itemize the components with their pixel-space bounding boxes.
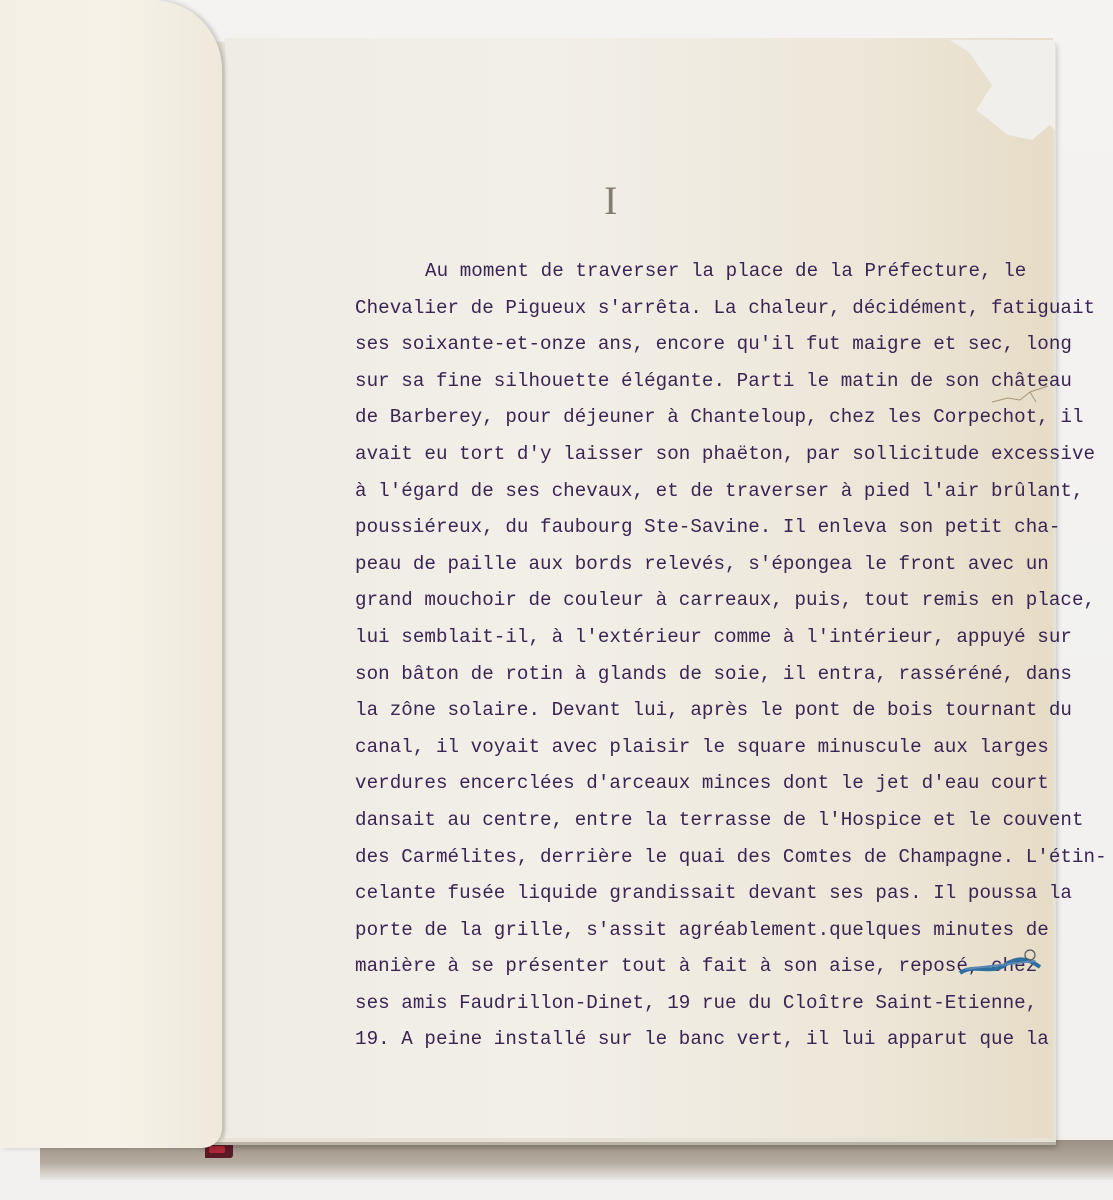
text-line: 19. A peine installé sur le banc vert, i… bbox=[355, 1021, 1107, 1058]
text-line: verdures encerclées d'arceaux minces don… bbox=[355, 765, 1107, 802]
text-line: ses soixante-et-onze ans, encore qu'il f… bbox=[355, 326, 1107, 363]
chapter-heading: I bbox=[604, 177, 617, 224]
text-line: grand mouchoir de couleur à carreaux, pu… bbox=[355, 582, 1107, 619]
text-line: Au moment de traverser la place de la Pr… bbox=[355, 253, 1107, 290]
text-line: sur sa fine silhouette élégante. Parti l… bbox=[355, 363, 1107, 400]
text-line: ses amis Faudrillon-Dinet, 19 rue du Clo… bbox=[355, 985, 1107, 1022]
text-line: son bâton de rotin à glands de soie, il … bbox=[355, 656, 1107, 693]
text-line: peau de paille aux bords relevés, s'épon… bbox=[355, 546, 1107, 583]
text-line: avait eu tort d'y laisser son phaëton, p… bbox=[355, 436, 1107, 473]
text-line: des Carmélites, derrière le quai des Com… bbox=[355, 839, 1107, 876]
left-page-curl bbox=[0, 0, 222, 1148]
text-line: porte de la grille, s'assit agréablement… bbox=[355, 912, 1107, 949]
handwritten-strikeout-icon bbox=[955, 945, 1045, 985]
text-line: Chevalier de Pigueux s'arrêta. La chaleu… bbox=[355, 290, 1107, 327]
text-line: de Barberey, pour déjeuner à Chanteloup,… bbox=[355, 399, 1107, 436]
text-line: poussiéreux, du faubourg Ste-Savine. Il … bbox=[355, 509, 1107, 546]
text-line: dansait au centre, entre la terrasse de … bbox=[355, 802, 1107, 839]
text-line: la zône solaire. Devant lui, après le po… bbox=[355, 692, 1107, 729]
typewritten-text: Au moment de traverser la place de la Pr… bbox=[355, 253, 1107, 1058]
text-line: à l'égard de ses chevaux, et de traverse… bbox=[355, 473, 1107, 510]
text-line: lui semblait-il, à l'extérieur comme à l… bbox=[355, 619, 1107, 656]
text-line: celante fusée liquide grandissait devant… bbox=[355, 875, 1107, 912]
text-line: canal, il voyait avec plaisir le square … bbox=[355, 729, 1107, 766]
